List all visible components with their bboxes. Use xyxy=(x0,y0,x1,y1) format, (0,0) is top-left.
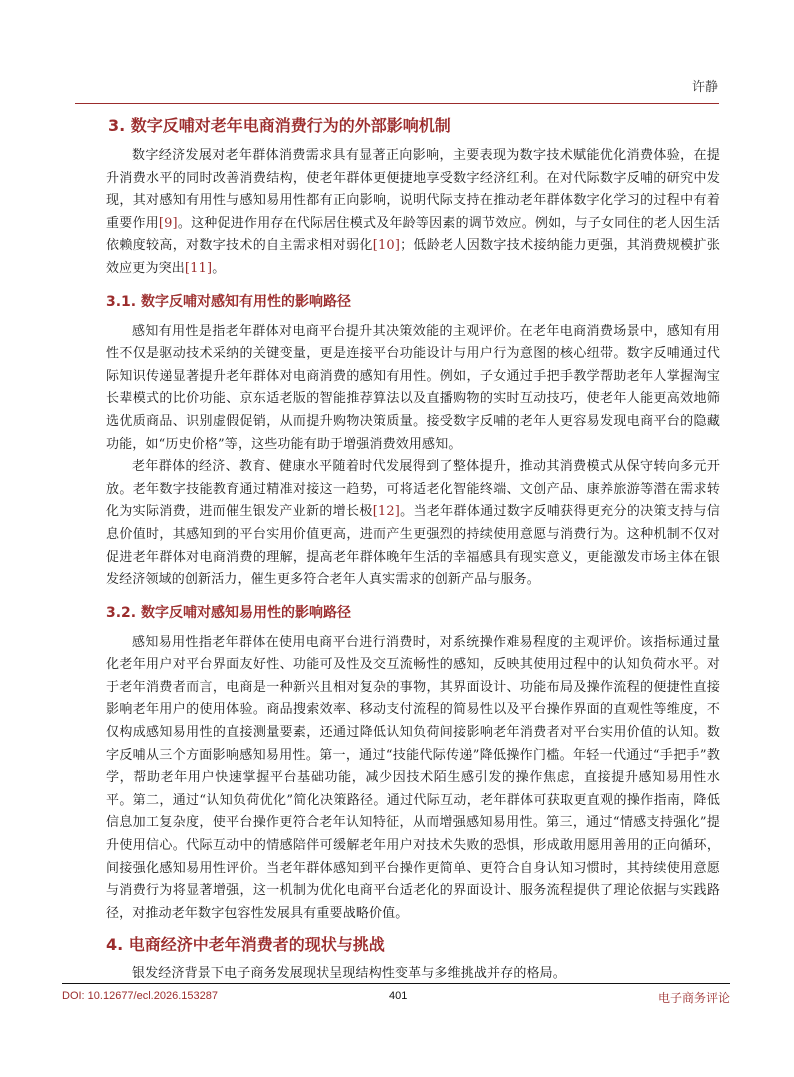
article-body: 3. 数字反哺对老年电商消费行为的外部影响机制 数字经济发展对老年群体消费需求具… xyxy=(106,114,720,986)
paragraph-s3-2-1: 感知易用性指老年群体在使用电商平台进行消费时，对系统操作难易程度的主观评价。该指… xyxy=(106,632,720,926)
citation-11[interactable]: [11] xyxy=(185,261,212,276)
paragraph-s3-1-2: 老年群体的经济、教育、健康水平随着时代发展得到了整体提升，推动其消费模式从保守转… xyxy=(106,456,720,592)
footer-page-number: 401 xyxy=(389,990,407,1002)
section-heading-3-1: 3.1. 数字反哺对感知有用性的影响路径 xyxy=(106,291,720,313)
footer-rule xyxy=(62,983,730,984)
section-heading-4: 4. 电商经济中老年消费者的现状与挑战 xyxy=(106,933,720,957)
footer-journal-name: 电子商务评论 xyxy=(658,989,730,1006)
paragraph-s3-intro: 数字经济发展对老年群体消费需求具有显著正向影响，主要表现为数字技术赋能优化消费体… xyxy=(106,145,720,281)
citation-12[interactable]: [12] xyxy=(373,504,400,519)
paragraph-s3-1-1: 感知有用性是指老年群体对电商平台提升其决策效能的主观评价。在老年电商消费场景中，… xyxy=(106,321,720,457)
citation-9[interactable]: [9] xyxy=(159,216,178,231)
footer-doi-link[interactable]: DOI: 10.12677/ecl.2026.153287 xyxy=(62,990,218,1002)
running-head-author: 许静 xyxy=(692,76,718,95)
section-heading-3-2: 3.2. 数字反哺对感知易用性的影响路径 xyxy=(106,602,720,624)
text-run: 。 xyxy=(212,261,225,276)
section-heading-3: 3. 数字反哺对老年电商消费行为的外部影响机制 xyxy=(108,114,720,138)
header-rule xyxy=(75,103,719,104)
citation-10[interactable]: [10] xyxy=(373,238,400,253)
